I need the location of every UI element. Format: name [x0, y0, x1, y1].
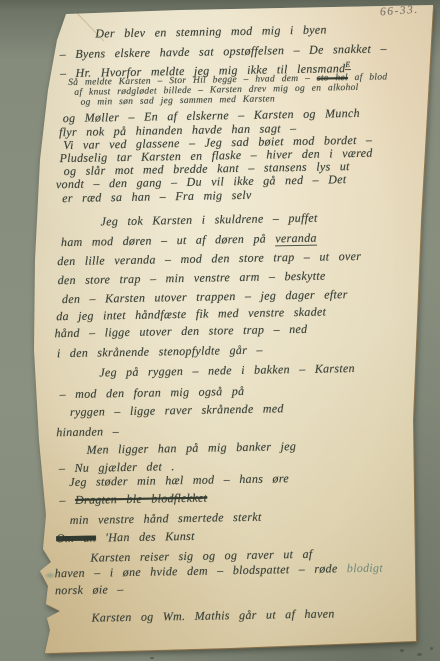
manuscript-line: den store trap – min venstre arm – besky…	[58, 269, 326, 289]
manuscript-line: – Dragten ble blodflekket	[59, 491, 207, 509]
manuscript-line: Men ligger han på mig banker jeg	[86, 439, 296, 458]
manuscript-line: – Byens elskere havde sat opstøffelsen –…	[60, 41, 387, 62]
manuscript-line: i den skrånende stenopfyldte går –	[57, 343, 263, 362]
manuscript-page: 66-33. Der blev en stemning mod mig i by…	[0, 0, 440, 661]
handwriting-block: Der blev en stemning mod mig i byen – By…	[0, 0, 440, 661]
line-text: ham mod døren – ut af døren på	[61, 231, 276, 249]
scribbled-out-text: Om an	[56, 531, 96, 546]
manuscript-line: ham mod døren – ut af døren på veranda	[61, 231, 317, 250]
photo-of-manuscript: { "photo": { "background_color": "#8b918…	[0, 0, 440, 661]
manuscript-line: norsk øie –	[55, 582, 124, 598]
manuscript-line: ryggen – ligge raver skrånende med	[70, 401, 284, 420]
manuscript-line: hinanden –	[56, 424, 119, 440]
manuscript-line: min venstre hånd smertede sterkt	[70, 510, 262, 528]
superscript-mark: E	[345, 60, 350, 70]
manuscript-line: Jeg støder min hæl mod – hans øre	[69, 471, 289, 490]
manuscript-line: er ræd sa han – Fra mig selv	[62, 188, 252, 206]
line-text: 'Han des Kunst	[96, 529, 195, 545]
manuscript-line: den lille veranda – mod den store trap –…	[57, 249, 361, 269]
manuscript-line: – mod den foran mig også på	[59, 384, 244, 402]
line-text: af blod	[348, 72, 388, 83]
underlined-word: veranda	[275, 231, 317, 247]
teal-ink-word: blodigt	[347, 561, 383, 576]
manuscript-line: Der blev en stemning mod mig i byen	[95, 22, 327, 41]
struck-text: sto hel	[317, 73, 348, 84]
manuscript-line: Jeg på ryggen – nede i bakken – Karsten	[99, 361, 355, 380]
manuscript-line: Om an 'Han des Kunst	[56, 529, 195, 546]
manuscript-line: Jeg tok Karsten i skuldrene – puffet	[100, 211, 317, 230]
manuscript-line: hånd – ligge utover den store trap – ned	[54, 322, 307, 341]
manuscript-line-interlinear: og min søn sad jeg sammen med Karsten	[80, 94, 275, 107]
manuscript-line: Karsten og Wm. Mathis går ut af haven	[91, 606, 334, 625]
struck-text: Dragten ble blodflekket	[75, 491, 207, 507]
line-text: –	[59, 493, 75, 507]
manuscript-page-wrapper: 66-33. Der blev en stemning mod mig i by…	[0, 0, 440, 661]
